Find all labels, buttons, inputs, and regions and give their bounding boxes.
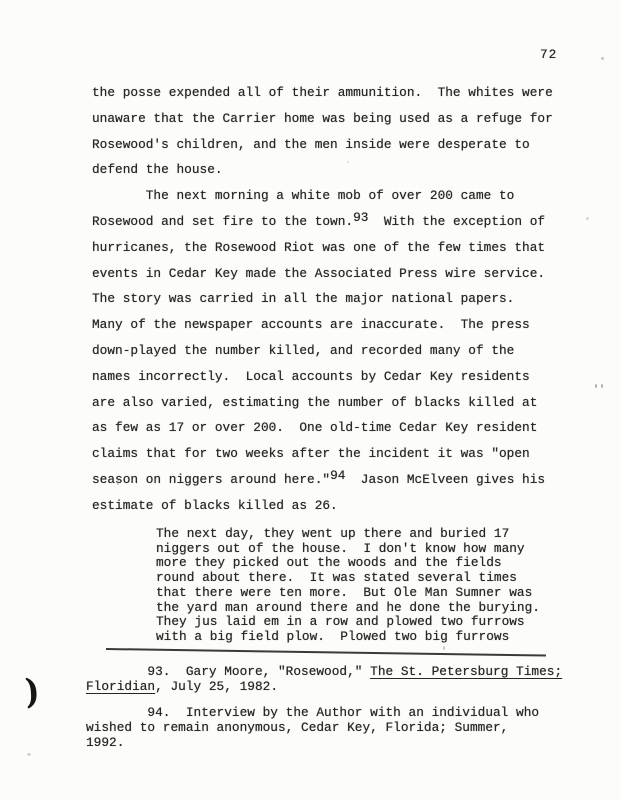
- text-line: The story was carried in all the major n…: [92, 286, 553, 312]
- text-line: more they picked out the woods and the f…: [156, 556, 540, 571]
- text-line: niggers out of the house. I don't know h…: [156, 542, 540, 557]
- footnotes: 93. Gary Moore, "Rosewood," The St. Pete…: [86, 664, 562, 750]
- text-line: the posse expended all of their ammuniti…: [92, 80, 553, 106]
- text-line: hurricanes, the Rosewood Riot was one of…: [92, 235, 553, 261]
- scan-speck: [601, 57, 604, 60]
- text-line: with a big field plow. Plowed two big fu…: [156, 630, 540, 645]
- footnote-94: 94. Interview by the Author with an indi…: [86, 705, 562, 750]
- body-text: the posse expended all of their ammuniti…: [92, 80, 553, 519]
- text-line: names incorrectly. Local accounts by Ced…: [92, 364, 553, 390]
- text-line: 94. Interview by the Author with an indi…: [86, 705, 562, 720]
- text-line: are also varied, estimating the number o…: [92, 390, 553, 416]
- document-page: 72 the posse expended all of their ammun…: [0, 0, 620, 800]
- text-line: wished to remain anonymous, Cedar Key, F…: [86, 720, 562, 735]
- text-line: season on niggers around here."94 Jason …: [92, 467, 553, 493]
- text-line: 1992.: [86, 735, 562, 750]
- text-line: The next morning a white mob of over 200…: [92, 183, 553, 209]
- footnote-93: 93. Gary Moore, "Rosewood," The St. Pete…: [86, 664, 562, 694]
- page-number: 72: [540, 47, 557, 62]
- footnote-separator: [106, 648, 546, 656]
- text-line: Many of the newspaper accounts are inacc…: [92, 312, 553, 338]
- text-line: 93. Gary Moore, "Rosewood," The St. Pete…: [86, 664, 562, 679]
- scan-speck: [586, 217, 589, 220]
- text-line: Rosewood's children, and the men inside …: [92, 132, 553, 158]
- text-line: that there were ten more. But Ole Man Su…: [156, 586, 540, 601]
- text-line: defend the house.: [92, 157, 553, 183]
- text-line: estimate of blacks killed as 26.: [92, 493, 553, 519]
- text-line: The next day, they went up there and bur…: [156, 527, 540, 542]
- ink-blot-mark: ): [25, 672, 39, 711]
- text-line: round about there. It was stated several…: [156, 571, 540, 586]
- text-line: They jus laid em in a row and plowed two…: [156, 615, 540, 630]
- text-line: the yard man around there and he done th…: [156, 601, 540, 616]
- margin-scan-mark: '': [593, 385, 605, 396]
- text-line: events in Cedar Key made the Associated …: [92, 261, 553, 287]
- text-line: unaware that the Carrier home was being …: [92, 106, 553, 132]
- text-line: as few as 17 or over 200. One old-time C…: [92, 415, 553, 441]
- scan-speck: [27, 753, 31, 756]
- text-line: claims that for two weeks after the inci…: [92, 441, 553, 467]
- text-line: Rosewood and set fire to the town.93 Wit…: [92, 209, 553, 235]
- scan-speck: [117, 480, 119, 485]
- block-quote: The next day, they went up there and bur…: [156, 527, 540, 645]
- text-line: down-played the number killed, and recor…: [92, 338, 553, 364]
- scan-speck: [443, 646, 445, 650]
- scan-speck: [347, 161, 349, 163]
- text-line: Floridian, July 25, 1982.: [86, 679, 562, 694]
